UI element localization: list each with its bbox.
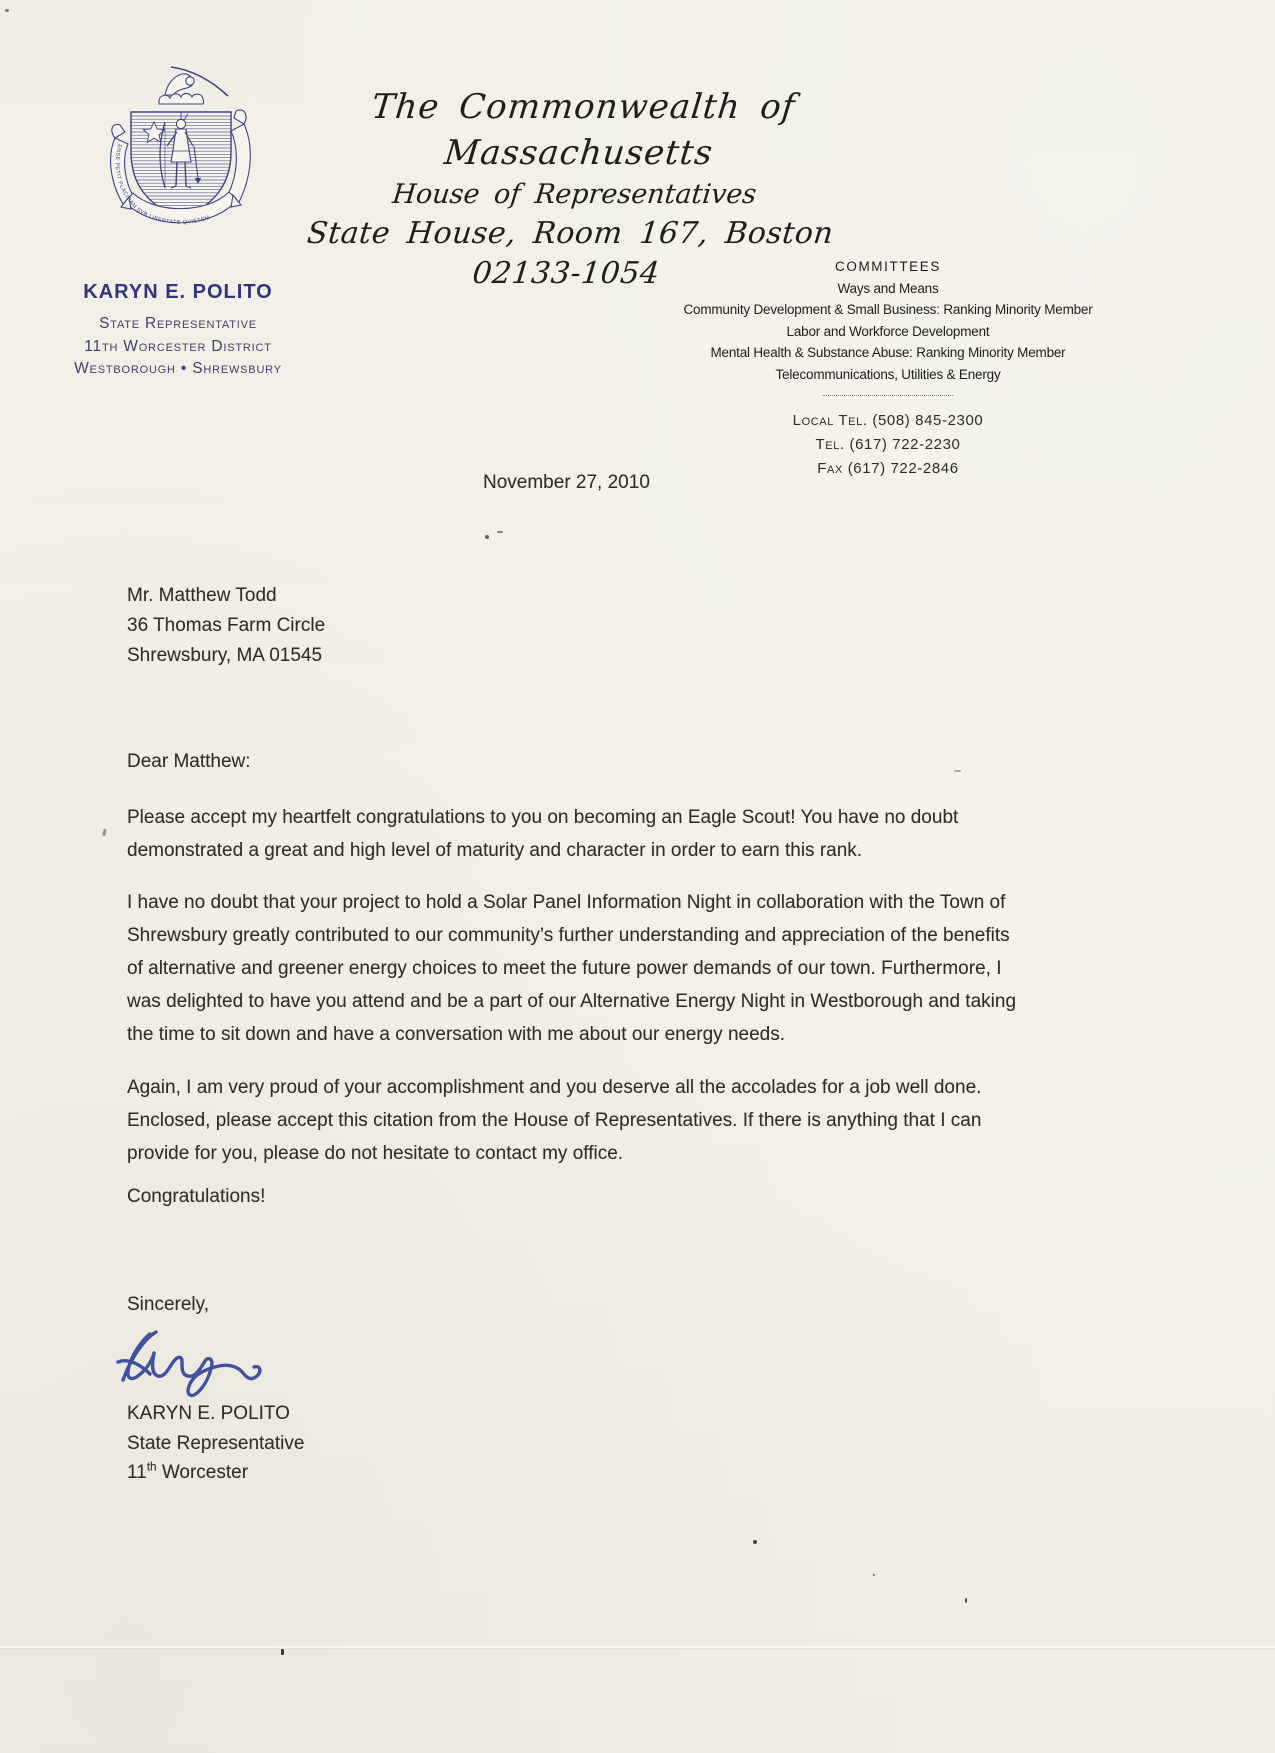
scan-speck: [497, 531, 503, 533]
closing-exclamation: Congratulations!: [127, 1186, 265, 1208]
committee-item: Labor and Workforce Development: [648, 321, 1128, 343]
masthead-commonwealth: The Commonwealth of Massachusetts: [251, 84, 911, 176]
salutation: Dear Matthew:: [127, 751, 251, 773]
paragraph: Again, I am very proud of your accomplis…: [127, 1071, 1027, 1170]
recipient-name: Mr. Matthew Todd: [127, 581, 325, 611]
letter-date: November 27, 2010: [483, 472, 650, 494]
signer-block: KARYN E. POLITO State Representative 11t…: [127, 1399, 304, 1488]
scan-speck: [965, 1598, 967, 1603]
committee-item: Community Development & Small Business: …: [648, 299, 1128, 321]
recipient-address: Mr. Matthew Todd 36 Thomas Farm Circle S…: [127, 581, 325, 671]
scan-line-artifact: [0, 1646, 1275, 1648]
official-towns: Westborough • Shrewsbury: [28, 358, 328, 381]
official-block: KARYN E. POLITO State Representative 11t…: [28, 280, 328, 381]
masthead-house: House of Representatives: [247, 176, 901, 214]
official-district: 11th Worcester District: [28, 336, 328, 359]
contact-local-tel: Local Tel. (508) 845-2300: [648, 409, 1128, 433]
signer-name: KARYN E. POLITO: [127, 1399, 304, 1429]
scan-speck: [485, 535, 489, 539]
committee-item: Ways and Means: [648, 278, 1128, 300]
district-number: 11: [127, 1462, 147, 1483]
scan-speck: [281, 1649, 284, 1655]
committee-item: Mental Health & Substance Abuse: Ranking…: [648, 342, 1128, 364]
committees-block: COMMITTEES Ways and Means Community Deve…: [648, 256, 1128, 385]
official-name: KARYN E. POLITO: [28, 280, 328, 304]
scanned-letter-page: ENSE PETIT PLACIDAM SVB LIBERTATE QVIETE…: [0, 0, 1275, 1753]
scan-speck: [5, 9, 9, 12]
committee-item: Telecommunications, Utilities & Energy: [648, 364, 1128, 386]
recipient-street: 36 Thomas Farm Circle: [127, 611, 325, 641]
contact-tel: Tel. (617) 722-2230: [648, 433, 1128, 457]
contact-fax: Fax (617) 722-2846: [648, 457, 1128, 481]
scan-speck: [102, 829, 107, 837]
district-rest: Worcester: [157, 1462, 249, 1483]
official-title: State Representative: [28, 313, 328, 336]
scan-speck: [954, 770, 961, 772]
contact-block: Local Tel. (508) 845-2300 Tel. (617) 722…: [648, 409, 1128, 481]
contact-divider: [823, 395, 953, 396]
scan-speck: [753, 1540, 757, 1544]
signer-title: State Representative: [127, 1429, 304, 1459]
paragraph: Please accept my heartfelt congratulatio…: [127, 801, 1027, 867]
massachusetts-state-seal-icon: ENSE PETIT PLACIDAM SVB LIBERTATE QVIETE…: [101, 54, 261, 259]
scan-speck: [873, 1574, 875, 1576]
signature-scrawl: [116, 1326, 276, 1402]
valediction: Sincerely,: [127, 1294, 209, 1316]
committees-heading: COMMITTEES: [648, 256, 1128, 278]
district-ordinal: th: [147, 1461, 157, 1474]
paragraph: I have no doubt that your project to hol…: [127, 886, 1027, 1051]
signer-district: 11th Worcester: [127, 1458, 304, 1488]
recipient-city-state-zip: Shrewsbury, MA 01545: [127, 641, 325, 671]
